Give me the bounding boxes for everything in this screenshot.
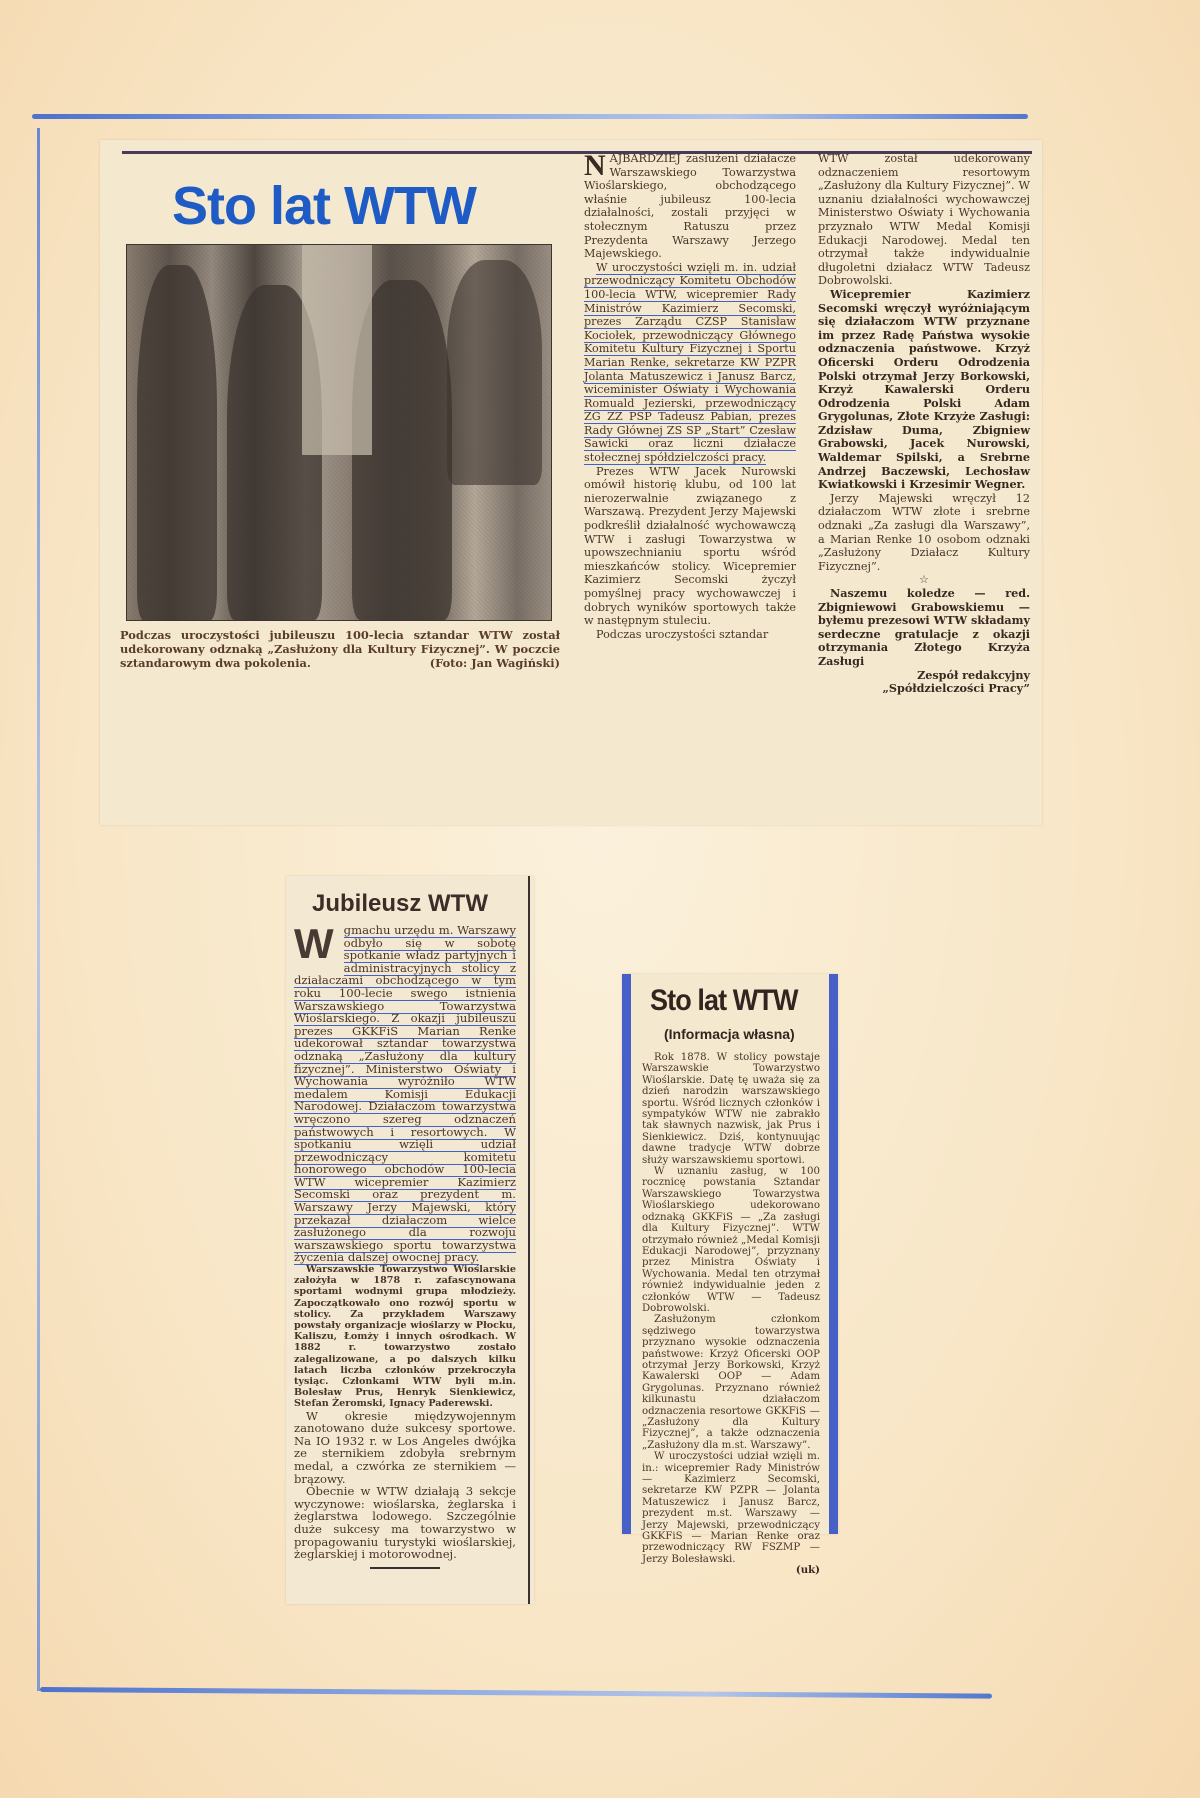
headline: Sto lat WTW [650, 984, 798, 1018]
ink-line-top [32, 114, 1028, 119]
column-rule [528, 876, 530, 1604]
photo-flag [302, 245, 372, 455]
paragraph: Podczas uroczystości sztandar [584, 628, 796, 642]
paragraph: Prezes WTW Jacek Nurowski omówił histori… [584, 465, 796, 628]
headline: Jubileusz WTW [312, 890, 488, 918]
paragraph: W uznaniu zasług, w 100 rocznicę powstan… [642, 1166, 820, 1314]
paragraph-history: Warszawskie Towarzystwo Wioślarskie zało… [294, 1264, 516, 1410]
paragraph: AJBARDZIEJ zasłużeni działacze Warszawsk… [584, 152, 796, 260]
author-signature: (uk) [796, 1564, 820, 1576]
photo-figure [447, 260, 542, 485]
congratulations-note: Naszemu koledze — red. Zbigniewowi Grabo… [818, 586, 1030, 668]
end-rule [370, 1567, 440, 1569]
photo-caption: Podczas uroczystości jubileuszu 100-leci… [120, 628, 560, 670]
article-body: Wgmachu urzędu m. Warszawy odbyło się w … [294, 924, 516, 1569]
signature-line-1: Zespół redakcyjny [917, 668, 1030, 682]
article-column-2: WTW został udekorowany odznaczeniem reso… [818, 152, 1030, 696]
drop-cap: N [584, 153, 606, 179]
article-column-1: NAJBARDZIEJ zasłużeni działacze Warszaws… [584, 152, 796, 641]
paragraph: Rok 1878. W stolicy powstaje Warszawskie… [642, 1052, 820, 1166]
ink-line-left [37, 128, 40, 1691]
paragraph-underlined: W uroczystości wzięli m. in. udział prze… [584, 261, 796, 465]
article-body: Rok 1878. W stolicy powstaje Warszawskie… [642, 1052, 820, 1577]
clipping-sto-lat-wtw-main: Sto lat WTW Podczas uroczystości jubileu… [100, 140, 1042, 825]
paragraph: Obecnie w WTW działają 3 sekcje wyczynow… [294, 1485, 516, 1561]
signature-line-2: „Spółdzielczości Pracy” [883, 681, 1031, 695]
drop-cap: W [294, 926, 334, 962]
newspaper-photo [126, 244, 552, 621]
paragraph: W okresie międzywojennym zanotowano duże… [294, 1410, 516, 1486]
blue-border-left [622, 974, 631, 1534]
photo-figure [137, 265, 217, 620]
paragraph-bold: Wicepremier Kazimierz Secomski wręczył w… [818, 287, 1030, 491]
ink-line-bottom [40, 1687, 992, 1699]
paragraph: WTW został udekorowany odznaczeniem reso… [818, 152, 1030, 288]
star-divider-icon: ☆ [818, 573, 1030, 587]
headline: Sto lat WTW [172, 175, 476, 237]
subheadline: (Informacja własna) [664, 1026, 795, 1042]
blue-border-right [829, 974, 838, 1534]
photo-credit: (Foto: Jan Wagiński) [430, 656, 560, 670]
clipping-informacja-wlasna: Sto lat WTW (Informacja własna) Rok 1878… [622, 974, 838, 1534]
paragraph-underlined: gmachu urzędu m. Warszawy odbyło się w s… [294, 923, 516, 1265]
paragraph: Zasłużonym członkom sędziwego towarzystw… [642, 1314, 820, 1451]
paragraph: Jerzy Majewski wręczył 12 działaczom WTW… [818, 492, 1030, 574]
clipping-jubileusz-wtw: Jubileusz WTW Wgmachu urzędu m. Warszawy… [286, 876, 534, 1604]
paragraph: W uroczystości udział wzięli m. in.: wic… [642, 1451, 820, 1565]
